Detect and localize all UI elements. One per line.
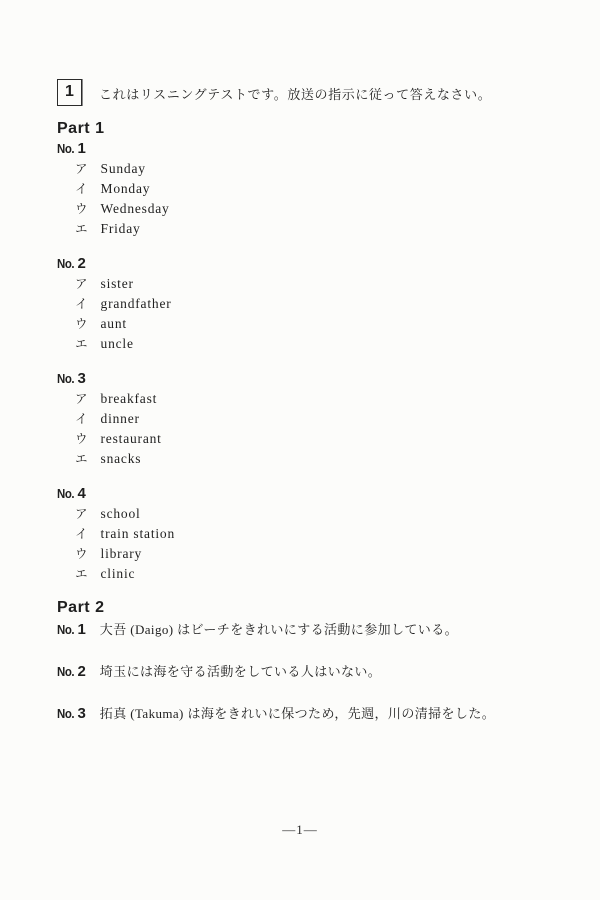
part2-statements: No.1大吾 (Daigo) はビーチをきれいにする活動に参加している。No.2… — [57, 620, 557, 724]
no-prefix-label: No. — [57, 662, 74, 682]
part1-questions: No.1アSundayイMondayウWednesdayエFridayNo.2ア… — [57, 139, 557, 584]
no-number: 3 — [77, 705, 85, 722]
option-kana-label: ア — [75, 160, 88, 179]
question-number-box: 1 — [57, 79, 82, 106]
answer-option: ウaunt — [57, 314, 557, 334]
question-number-label: No.2 — [57, 662, 86, 682]
option-text: uncle — [101, 334, 134, 353]
part2-statement: No.1大吾 (Daigo) はビーチをきれいにする活動に参加している。 — [57, 620, 557, 640]
option-text: clinic — [101, 564, 136, 583]
question-number-label: No.2 — [57, 254, 557, 274]
option-text: Sunday — [101, 159, 146, 178]
no-number: 1 — [77, 621, 85, 638]
question-number-label: No.3 — [57, 704, 86, 724]
answer-option: エFriday — [57, 219, 557, 239]
no-prefix-label: No. — [57, 139, 74, 159]
option-text: library — [101, 544, 143, 563]
answer-option: アbreakfast — [57, 389, 557, 409]
option-kana-label: ア — [75, 390, 88, 409]
option-kana-label: イ — [75, 295, 88, 314]
option-text: breakfast — [101, 389, 158, 408]
option-text: sister — [101, 274, 134, 293]
question-number-label: No.3 — [57, 369, 557, 389]
option-text: grandfather — [101, 294, 172, 313]
page-number: —1— — [0, 822, 600, 838]
part1-question: No.2アsisterイgrandfatherウauntエuncle — [57, 254, 557, 354]
option-kana-label: ア — [75, 275, 88, 294]
part2-statement: No.3拓真 (Takuma) は海をきれいに保つため，先週，川の清掃をした。 — [57, 704, 557, 724]
no-prefix-label: No. — [57, 704, 74, 724]
option-kana-label: ウ — [75, 315, 88, 334]
statement-text: 埼玉には海を守る活動をしている人はいない。 — [100, 662, 381, 682]
question-number-label: No.1 — [57, 620, 86, 640]
answer-option: アsister — [57, 274, 557, 294]
part2-title: Part 2 — [57, 598, 557, 618]
option-kana-label: エ — [75, 450, 88, 469]
option-kana-label: エ — [75, 335, 88, 354]
no-prefix-label: No. — [57, 369, 74, 389]
no-number: 2 — [77, 663, 85, 680]
part2-statement: No.2埼玉には海を守る活動をしている人はいない。 — [57, 662, 557, 682]
instruction-text: これはリスニングテストです。放送の指示に従って答えなさい。 — [99, 79, 491, 103]
option-text: Friday — [101, 219, 141, 238]
no-number: 2 — [77, 255, 85, 272]
part1-question: No.4アschoolイtrain stationウlibraryエclinic — [57, 484, 557, 584]
option-kana-label: ウ — [75, 200, 88, 219]
option-kana-label: イ — [75, 410, 88, 429]
option-kana-label: ア — [75, 505, 88, 524]
option-kana-label: エ — [75, 565, 88, 584]
no-prefix-label: No. — [57, 620, 74, 640]
option-kana-label: エ — [75, 220, 88, 239]
option-kana-label: イ — [75, 525, 88, 544]
no-number: 4 — [77, 485, 85, 502]
answer-option: ウWednesday — [57, 199, 557, 219]
part1-question: No.3アbreakfastイdinnerウrestaurantエsnacks — [57, 369, 557, 469]
answer-option: イgrandfather — [57, 294, 557, 314]
option-text: Wednesday — [101, 199, 170, 218]
option-kana-label: ウ — [75, 430, 88, 449]
no-prefix-label: No. — [57, 254, 74, 274]
answer-option: アschool — [57, 504, 557, 524]
answer-option: イdinner — [57, 409, 557, 429]
test-paper-page: 1 これはリスニングテストです。放送の指示に従って答えなさい。 Part 1 N… — [0, 0, 600, 900]
option-text: school — [101, 504, 141, 523]
answer-option: ウlibrary — [57, 544, 557, 564]
option-text: restaurant — [101, 429, 162, 448]
option-kana-label: イ — [75, 180, 88, 199]
answer-option: アSunday — [57, 159, 557, 179]
page-content: 1 これはリスニングテストです。放送の指示に従って答えなさい。 Part 1 N… — [57, 79, 557, 746]
no-number: 3 — [77, 370, 85, 387]
answer-option: ウrestaurant — [57, 429, 557, 449]
question-number-label: No.1 — [57, 139, 557, 159]
part1-question: No.1アSundayイMondayウWednesdayエFriday — [57, 139, 557, 239]
option-text: aunt — [101, 314, 127, 333]
option-text: train station — [101, 524, 176, 543]
statement-text: 大吾 (Daigo) はビーチをきれいにする活動に参加している。 — [100, 620, 458, 640]
answer-option: エclinic — [57, 564, 557, 584]
no-prefix-label: No. — [57, 484, 74, 504]
option-text: Monday — [101, 179, 151, 198]
part1-title: Part 1 — [57, 119, 557, 139]
answer-option: イMonday — [57, 179, 557, 199]
answer-option: エuncle — [57, 334, 557, 354]
answer-option: イtrain station — [57, 524, 557, 544]
answer-option: エsnacks — [57, 449, 557, 469]
no-number: 1 — [77, 140, 85, 157]
statement-text: 拓真 (Takuma) は海をきれいに保つため，先週，川の清掃をした。 — [100, 704, 495, 724]
main-question-header: 1 これはリスニングテストです。放送の指示に従って答えなさい。 — [57, 79, 557, 106]
option-text: snacks — [101, 449, 142, 468]
question-number-label: No.4 — [57, 484, 557, 504]
option-text: dinner — [101, 409, 140, 428]
option-kana-label: ウ — [75, 545, 88, 564]
